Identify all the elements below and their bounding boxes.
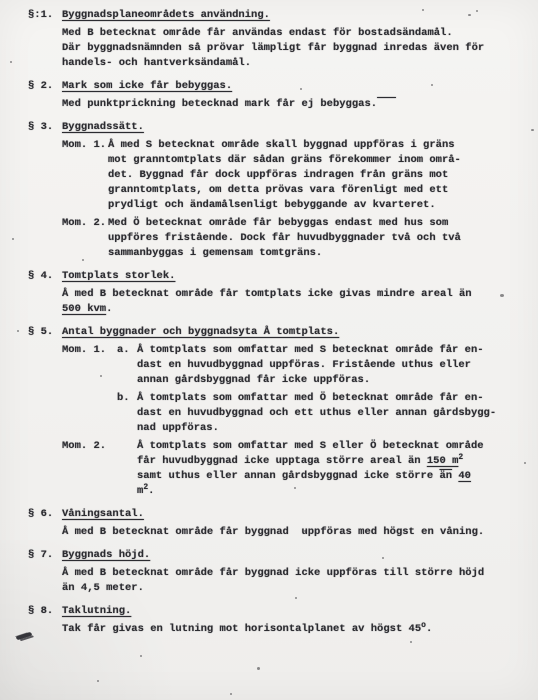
text-run: handels- och hantverksändamål. — [62, 57, 251, 69]
text-line: sammanbyggas i gemensam tomtgräns. — [108, 246, 522, 261]
section-title: Byggnadssätt. — [62, 120, 144, 135]
section-label: § 7. — [28, 548, 62, 563]
scan-speck — [257, 667, 260, 670]
scanned-document-page: §:1.Byggnadsplaneområdets användning.Med… — [0, 0, 538, 700]
section-label: § 8. — [28, 604, 62, 619]
section-1: §:1.Byggnadsplaneområdets användning.Med… — [28, 8, 522, 71]
text-run: Å tomtplats som omfattar med S eller Ö b… — [137, 440, 484, 452]
text-run: dast en huvudbyggnad och ett uthus eller… — [137, 407, 496, 419]
mom-sub-label — [108, 439, 137, 499]
text-run: Å med B betecknat område får tomtplats i… — [62, 288, 472, 300]
scan-speck — [10, 61, 12, 63]
scan-speck — [140, 655, 142, 657]
section-label: § 6. — [28, 507, 62, 522]
section-title: Byggnadsplaneområdets användning. — [62, 8, 270, 23]
mom-block: b.Å tomtplats som omfattar med Ö beteckn… — [62, 391, 522, 436]
text-run: än — [439, 470, 452, 482]
mom-block: Mom. 1.Å med S betecknat område skall by… — [62, 138, 522, 213]
mom-text: Å tomtplats som omfattar med S betecknat… — [137, 343, 522, 388]
text-line: m2. — [137, 484, 522, 499]
text-run: Å med S betecknat område skall byggnad u… — [108, 139, 455, 151]
text-run: prydligt och ändamålsenligt bebyggande a… — [108, 199, 436, 211]
text-line: Där byggnadsnämnden så prövar lämpligt f… — [62, 41, 522, 56]
text-run: . — [148, 485, 154, 497]
section-5: § 5.Antal byggnader och byggnadsyta Å to… — [28, 325, 522, 499]
section-8: § 8.Taklutning.Tak får givas en lutning … — [28, 604, 522, 637]
section-6: § 6.Våningsantal.Å med B betecknat områd… — [28, 507, 522, 540]
section-heading: § 6.Våningsantal. — [28, 507, 522, 522]
mom-text: Med Ö betecknat område får bebyggas enda… — [108, 216, 522, 261]
text-line: det. Byggnad får dock uppföras indragen … — [108, 168, 522, 183]
text-run: Tak får givas en lutning mot horisontalp… — [62, 623, 421, 635]
text-run: Å med B betecknat område får byggnad ick… — [62, 567, 484, 579]
section-label: § 2. — [28, 79, 62, 94]
paragraph: Med punktprickning betecknad mark får ej… — [62, 97, 522, 112]
text-line: Med Ö betecknat område får bebyggas enda… — [108, 216, 522, 231]
text-line: Å med B betecknat område får byggnad upp… — [62, 525, 522, 540]
mom-text: Å med S betecknat område skall byggnad u… — [108, 138, 522, 213]
mom-sub-label: a. — [108, 343, 137, 388]
text-run: 150 m — [427, 455, 459, 467]
section-label: §:1. — [28, 8, 62, 23]
section-heading: § 4.Tomtplats storlek. — [28, 269, 522, 284]
section-heading: § 8.Taklutning. — [28, 604, 522, 619]
text-run: nad uppföras. — [137, 422, 219, 434]
mom-label: Mom. 2. — [62, 439, 108, 499]
text-run: samt uthus eller annan gårdsbyggnad icke… — [137, 470, 439, 482]
scan-speck — [531, 129, 534, 131]
mom-sub-label: b. — [108, 391, 137, 436]
text-line: 500 kvm. — [62, 302, 522, 317]
text-line: prydligt och ändamålsenligt bebyggande a… — [108, 198, 522, 213]
text-line: annan gårdsbyggnad får icke uppföras. — [137, 373, 522, 388]
scan-speck — [12, 238, 14, 240]
mom-block: Mom. 2.Å tomtplats som omfattar med S el… — [62, 439, 522, 499]
text-line: Å med B betecknat område får byggnad ick… — [62, 566, 522, 581]
text-run: sammanbyggas i gemensam tomtgräns. — [108, 247, 322, 259]
text-run: dast en huvudbyggnad uppföras. Friståend… — [137, 359, 471, 371]
text-run: Med Ö betecknat område får bebyggas enda… — [108, 217, 448, 229]
text-line: dast en huvudbyggnad och ett uthus eller… — [137, 406, 522, 421]
text-line: Å med B betecknat område får tomtplats i… — [62, 287, 522, 302]
text-run: Där byggnadsnämnden så prövar lämpligt f… — [62, 42, 484, 54]
section-2: § 2.Mark som icke får bebyggas.Med punkt… — [28, 79, 522, 112]
text-run: Å tomtplats som omfattar med S betecknat… — [137, 344, 484, 356]
text-run: Å tomtplats som omfattar med Ö betecknat… — [137, 392, 484, 404]
mom-block: Mom. 2.Med Ö betecknat område får bebygg… — [62, 216, 522, 261]
section-heading: § 2.Mark som icke får bebyggas. — [28, 79, 522, 94]
text-run: Å med B betecknat område får byggnad upp… — [62, 526, 484, 538]
text-line: handels- och hantverksändamål. — [62, 56, 522, 71]
section-4: § 4.Tomtplats storlek.Å med B betecknat … — [28, 269, 522, 317]
text-line: Å tomtplats som omfattar med Ö betecknat… — [137, 391, 522, 406]
text-run — [377, 98, 396, 110]
section-title: Antal byggnader och byggnadsyta Å tomtpl… — [62, 325, 339, 340]
text-run: granntomtplats, om detta prövas vara för… — [108, 184, 448, 196]
mom-label — [62, 391, 108, 436]
scan-speck — [524, 462, 526, 464]
text-run: annan gårdsbyggnad får icke uppföras. — [137, 374, 370, 386]
paragraph: Med B betecknat område får användas enda… — [62, 26, 522, 71]
paragraph: Tak får givas en lutning mot horisontalp… — [62, 622, 522, 637]
text-run: uppföres fristående. Dock får huvudbyggn… — [108, 232, 461, 244]
scan-speck — [97, 680, 99, 682]
text-line: Å med S betecknat område skall byggnad u… — [108, 138, 522, 153]
section-title: Taklutning. — [62, 604, 131, 619]
scan-speck — [230, 693, 232, 695]
text-run: 500 kvm — [62, 303, 106, 315]
section-title: Byggnads höjd. — [62, 548, 150, 563]
text-run: Med B betecknat område får användas enda… — [62, 27, 453, 39]
text-line: uppföres fristående. Dock får huvudbyggn… — [108, 231, 522, 246]
section-7: § 7.Byggnads höjd.Å med B betecknat områ… — [28, 548, 522, 596]
text-line: Med punktprickning betecknad mark får ej… — [62, 97, 522, 112]
scan-speck — [17, 330, 19, 332]
text-line: granntomtplats, om detta prövas vara för… — [108, 183, 522, 198]
text-line: nad uppföras. — [137, 421, 522, 436]
text-line: Med B betecknat område får användas enda… — [62, 26, 522, 41]
mom-label: Mom. 2. — [62, 216, 108, 261]
text-run: . — [426, 623, 432, 635]
text-run: 2 — [143, 483, 148, 492]
text-line: mot granntomtplats där sådan gräns förek… — [108, 153, 522, 168]
text-run: o — [421, 621, 426, 630]
section-heading: § 3.Byggnadssätt. — [28, 120, 522, 135]
mom-text: Å tomtplats som omfattar med Ö betecknat… — [137, 391, 522, 436]
text-run: Med punktprickning betecknad mark får ej… — [62, 98, 377, 110]
text-run: 40 — [458, 470, 471, 482]
paragraph: Å med B betecknat område får byggnad upp… — [62, 525, 522, 540]
text-run: än 4,5 meter. — [62, 582, 144, 594]
section-heading: § 7.Byggnads höjd. — [28, 548, 522, 563]
mom-label: Mom. 1. — [62, 138, 108, 213]
section-label: § 4. — [28, 269, 62, 284]
text-run: 2 — [458, 453, 463, 462]
section-title: Tomtplats storlek. — [62, 269, 175, 284]
text-run: mot granntomtplats där sådan gräns förek… — [108, 154, 461, 166]
text-line: dast en huvudbyggnad uppföras. Friståend… — [137, 358, 522, 373]
section-title: Våningsantal. — [62, 507, 144, 522]
text-line: får huvudbyggnad icke upptaga större are… — [137, 454, 522, 469]
paragraph: Å med B betecknat område får tomtplats i… — [62, 287, 522, 317]
text-line: Å tomtplats som omfattar med S eller Ö b… — [137, 439, 522, 454]
paragraph: Å med B betecknat område får byggnad ick… — [62, 566, 522, 596]
section-3: § 3.Byggnadssätt.Mom. 1.Å med S beteckna… — [28, 120, 522, 261]
section-title: Mark som icke får bebyggas. — [62, 79, 232, 94]
text-line: Tak får givas en lutning mot horisontalp… — [62, 622, 522, 637]
section-label: § 3. — [28, 120, 62, 135]
text-run: får huvudbyggnad icke upptaga större are… — [137, 455, 427, 467]
section-label: § 5. — [28, 325, 62, 340]
section-heading: § 5.Antal byggnader och byggnadsyta Å to… — [28, 325, 522, 340]
scan-speck — [410, 641, 412, 643]
mom-block: Mom. 1.a.Å tomtplats som omfattar med S … — [62, 343, 522, 388]
text-line: samt uthus eller annan gårdsbyggnad icke… — [137, 469, 522, 484]
text-run: det. Byggnad får dock uppföras indragen … — [108, 169, 448, 181]
mom-label: Mom. 1. — [62, 343, 108, 388]
text-line: Å tomtplats som omfattar med S betecknat… — [137, 343, 522, 358]
text-line: än 4,5 meter. — [62, 581, 522, 596]
section-heading: §:1.Byggnadsplaneområdets användning. — [28, 8, 522, 23]
mom-text: Å tomtplats som omfattar med S eller Ö b… — [137, 439, 522, 499]
document-content: §:1.Byggnadsplaneområdets användning.Med… — [28, 8, 522, 637]
text-run: . — [106, 303, 112, 315]
